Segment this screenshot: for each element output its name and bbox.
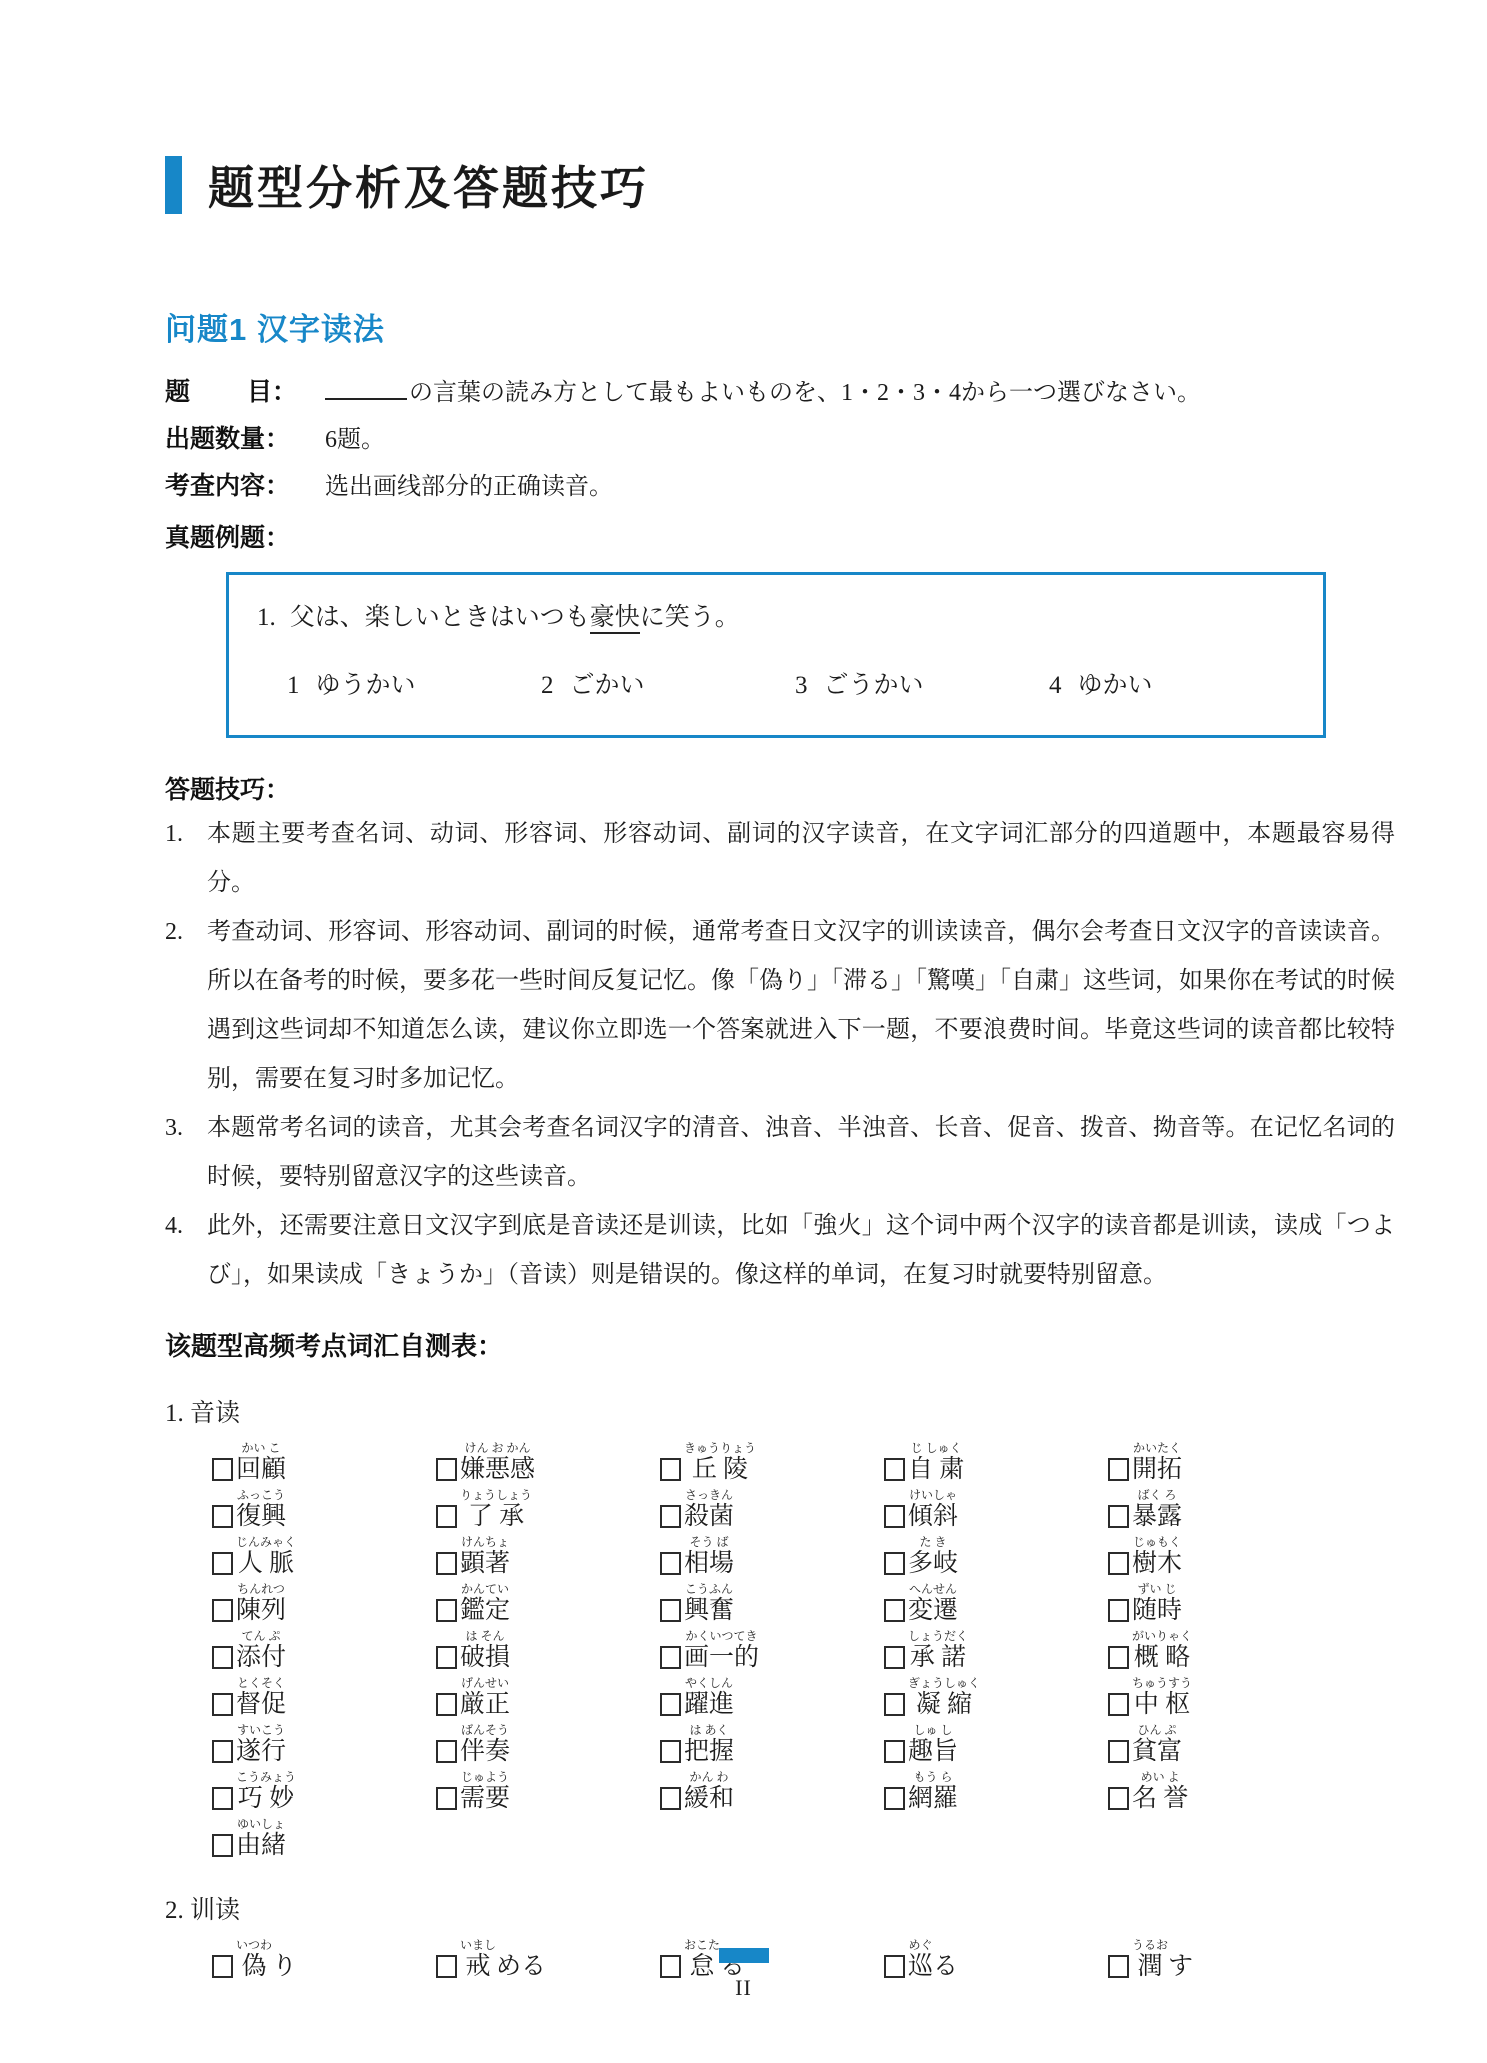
furigana-text: きゅうりょう <box>684 1442 756 1455</box>
vocab-word-item: こうみょう巧 妙 <box>212 1771 436 1813</box>
vocab-word-block: かんてい鑑定 <box>460 1583 510 1625</box>
vocab-word-item: きゅうりょう丘 陵 <box>660 1442 884 1484</box>
tip-item-text: 本题常考名词的读音，尤其会考查名词汉字的清音、浊音、半浊音、长音、促音、拨音、拗… <box>207 1104 1395 1202</box>
vocab-groups: 1. 音读かい こ回顧けん お かん嫌悪感きゅうりょう丘 陵じ しゅく自 粛かい… <box>165 1393 1395 1981</box>
tip-item-text: 考查动词、形容词、形容动词、副词的时候，通常考查日文汉字的训读读音，偶尔会考查日… <box>207 908 1395 1104</box>
furigana-text: ずい じ <box>1138 1583 1177 1596</box>
vocab-checkbox[interactable] <box>212 1646 233 1669</box>
vocab-word-block: こうふん興奮 <box>684 1583 734 1625</box>
question-instruction-text: の言葉の読み方として最もよいものを、1・2・3・4から一つ選びなさい。 <box>409 380 1201 406</box>
vocab-word-item: すいこう遂行 <box>212 1724 436 1766</box>
vocab-checkbox[interactable] <box>660 1787 681 1810</box>
vocab-word-item: とくそく督促 <box>212 1677 436 1719</box>
furigana-text: じんみゃく <box>236 1536 296 1549</box>
field-value-content: 选出画线部分的正确读音。 <box>325 470 613 504</box>
field-label-content: 考查内容： <box>165 469 325 503</box>
vocab-word-item: ばく ろ暴露 <box>1108 1489 1332 1531</box>
field-value-question: の言葉の読み方として最もよいものを、1・2・3・4から一つ選びなさい。 <box>325 376 1201 410</box>
vocab-checkbox[interactable] <box>1108 1458 1129 1481</box>
tip-item: 3.本题常考名词的读音，尤其会考查名词汉字的清音、浊音、半浊音、长音、促音、拨音… <box>165 1104 1395 1202</box>
vocab-word-item: は あく把握 <box>660 1724 884 1766</box>
vocab-checkbox[interactable] <box>660 1505 681 1528</box>
furigana-text: た き <box>920 1536 947 1549</box>
furigana-text: ちゅうすう <box>1132 1677 1192 1690</box>
vocab-word-item: ばんそう伴奏 <box>436 1724 660 1766</box>
vocab-checkbox[interactable] <box>1108 1740 1129 1763</box>
vocab-word-block: きゅうりょう丘 陵 <box>684 1442 756 1484</box>
furigana-text: げんせい <box>461 1677 509 1690</box>
field-row-question: 题 目： の言葉の読み方として最もよいものを、1・2・3・4から一つ選びなさい。 <box>165 375 1395 410</box>
vocab-word: 凝 縮 <box>916 1691 972 1719</box>
field-label-question-first: 题 <box>165 375 190 409</box>
vocab-word-item: ひん ぷ貧富 <box>1108 1724 1332 1766</box>
vocab-word: 名 誉 <box>1132 1785 1188 1813</box>
vocab-word-block: た き多岐 <box>908 1536 958 1578</box>
vocab-word-item: こうふん興奮 <box>660 1583 884 1625</box>
vocab-word: 概 略 <box>1134 1644 1190 1672</box>
vocab-word-block: じゅよう需要 <box>460 1771 510 1813</box>
vocab-word-block: ばく ろ暴露 <box>1132 1489 1182 1531</box>
vocab-checkbox[interactable] <box>660 1740 681 1763</box>
vocab-word-block: ばんそう伴奏 <box>460 1724 510 1766</box>
furigana-text: ばんそう <box>461 1724 509 1737</box>
furigana-text: じゅもく <box>1133 1536 1181 1549</box>
furigana-text: こうみょう <box>236 1771 296 1784</box>
vocab-word-item: りょうしょう了 承 <box>436 1489 660 1531</box>
vocab-checkbox[interactable] <box>884 1740 905 1763</box>
option-number: 2 <box>541 672 554 699</box>
vocab-word: 鑑定 <box>460 1597 510 1625</box>
vocab-word-item: やくしん躍進 <box>660 1677 884 1719</box>
blank-underline <box>325 376 407 400</box>
vocab-word: 網羅 <box>908 1785 958 1813</box>
option-number: 4 <box>1049 672 1062 699</box>
vocab-word-block: かいたく開拓 <box>1132 1442 1182 1484</box>
tip-item-number: 2. <box>165 908 207 1104</box>
vocab-word: 興奮 <box>684 1597 734 1625</box>
furigana-text: そう ば <box>690 1536 729 1549</box>
vocab-word-item: がいりゃく概 略 <box>1108 1630 1332 1672</box>
example-option: 1ゆうかい <box>287 665 541 701</box>
furigana-text: やくしん <box>685 1677 733 1690</box>
field-label-question: 题 目： <box>165 375 325 409</box>
vocab-checkbox[interactable] <box>1108 1599 1129 1622</box>
furigana-text: りょうしょう <box>460 1489 532 1502</box>
vocab-checkbox[interactable] <box>436 1693 457 1716</box>
vocab-word-grid: かい こ回顧けん お かん嫌悪感きゅうりょう丘 陵じ しゅく自 粛かいたく開拓ふ… <box>212 1437 1395 1860</box>
example-underlined-word: 豪快 <box>590 604 640 634</box>
vocab-table-heading: 该题型高频考点词汇自测表： <box>165 1326 1395 1363</box>
tip-item-number: 1. <box>165 810 207 908</box>
vocab-word-item: めい よ名 誉 <box>1108 1771 1332 1813</box>
furigana-text: けん お かん <box>465 1442 531 1455</box>
title-accent-bar <box>165 156 182 214</box>
furigana-text: めい よ <box>1141 1771 1180 1784</box>
vocab-word: 陳列 <box>236 1597 286 1625</box>
furigana-text: かいたく <box>1133 1442 1181 1455</box>
vocab-word-item: かい こ回顧 <box>212 1442 436 1484</box>
vocab-checkbox[interactable] <box>436 1646 457 1669</box>
vocab-word-item: ずい じ随時 <box>1108 1583 1332 1625</box>
vocab-word: 自 粛 <box>908 1456 964 1484</box>
vocab-word-item: ふっこう復興 <box>212 1489 436 1531</box>
tip-item: 1.本题主要考查名词、动词、形容词、形容动词、副词的汉字读音，在文字词汇部分的四… <box>165 810 1395 908</box>
furigana-text: へんせん <box>909 1583 957 1596</box>
section-heading: 问题1 汉字读法 <box>165 304 1395 349</box>
furigana-text: ばく ろ <box>1138 1489 1177 1502</box>
vocab-word-block: けいしゃ傾斜 <box>908 1489 958 1531</box>
vocab-checkbox[interactable] <box>660 1646 681 1669</box>
furigana-text: ちんれつ <box>237 1583 285 1596</box>
vocab-word-block: は そん破損 <box>460 1630 510 1672</box>
option-number: 1 <box>287 672 300 699</box>
example-option: 4ゆかい <box>1049 665 1303 701</box>
vocab-word-block: がいりゃく概 略 <box>1132 1630 1192 1672</box>
vocab-word-block: かん わ緩和 <box>684 1771 734 1813</box>
vocab-checkbox[interactable] <box>660 1552 681 1575</box>
vocab-checkbox[interactable] <box>660 1458 681 1481</box>
furigana-text: もう ら <box>914 1771 953 1784</box>
furigana-text: しょうだく <box>908 1630 968 1643</box>
vocab-word: 暴露 <box>1132 1503 1182 1531</box>
vocab-word: 嫌悪感 <box>460 1456 535 1484</box>
vocab-checkbox[interactable] <box>884 1693 905 1716</box>
vocab-word-item: ちんれつ陳列 <box>212 1583 436 1625</box>
option-text: ごうかい <box>824 672 924 699</box>
vocab-word: 顕著 <box>460 1550 510 1578</box>
vocab-checkbox[interactable] <box>212 1693 233 1716</box>
vocab-word-block: しゅ し趣旨 <box>908 1724 958 1766</box>
vocab-word: 伴奏 <box>460 1738 510 1766</box>
vocab-word-item: さっきん殺菌 <box>660 1489 884 1531</box>
vocab-checkbox[interactable] <box>884 1787 905 1810</box>
vocab-word-item: しゅ し趣旨 <box>884 1724 1108 1766</box>
tip-item: 4.此外，还需要注意日文汉字到底是音读还是训读，比如「強火」这个词中两个汉字的读… <box>165 1202 1395 1300</box>
vocab-word: 厳正 <box>460 1691 510 1719</box>
vocab-word-block: けんちょ顕著 <box>460 1536 510 1578</box>
furigana-text: かん わ <box>690 1771 729 1784</box>
vocab-checkbox[interactable] <box>1108 1787 1129 1810</box>
furigana-text: ぎょうしゅく <box>908 1677 980 1690</box>
vocab-checkbox[interactable] <box>1108 1693 1129 1716</box>
vocab-word-item: しょうだく承 諾 <box>884 1630 1108 1672</box>
page-number: II <box>0 1975 1487 2001</box>
field-row-content: 考查内容： 选出画线部分的正确读音。 <box>165 469 1395 504</box>
vocab-word-block: すいこう遂行 <box>236 1724 286 1766</box>
vocab-word-block: かくいつてき画一的 <box>684 1630 759 1672</box>
vocab-word: 人 脈 <box>238 1550 294 1578</box>
tip-item-text: 此外，还需要注意日文汉字到底是音读还是训读，比如「強火」这个词中两个汉字的读音都… <box>207 1202 1395 1300</box>
vocab-word: 由緒 <box>236 1832 286 1860</box>
vocab-word-block: ふっこう復興 <box>236 1489 286 1531</box>
vocab-word: 承 諾 <box>910 1644 966 1672</box>
vocab-word-block: そう ば相場 <box>684 1536 734 1578</box>
furigana-text: すいこう <box>237 1724 285 1737</box>
vocab-checkbox[interactable] <box>1108 1552 1129 1575</box>
vocab-group-label: 2. 训读 <box>165 1890 1395 1926</box>
vocab-word: 多岐 <box>908 1550 958 1578</box>
vocab-word-block: りょうしょう了 承 <box>460 1489 532 1531</box>
vocab-word: 督促 <box>236 1691 286 1719</box>
vocab-word: 開拓 <box>1132 1456 1182 1484</box>
vocab-word: 把握 <box>684 1738 734 1766</box>
vocab-word: 復興 <box>236 1503 286 1531</box>
vocab-word: 丘 陵 <box>692 1456 748 1484</box>
vocab-word-block: ひん ぷ貧富 <box>1132 1724 1182 1766</box>
vocab-group-label: 1. 音读 <box>165 1393 1395 1429</box>
vocab-word-item: じゅよう需要 <box>436 1771 660 1813</box>
tip-item-text: 本题主要考查名词、动词、形容词、形容动词、副词的汉字读音，在文字词汇部分的四道题… <box>207 810 1395 908</box>
furigana-text: じ しゅく <box>911 1442 962 1455</box>
vocab-word-block: げんせい厳正 <box>460 1677 510 1719</box>
option-number: 3 <box>795 672 808 699</box>
furigana-text: こうふん <box>685 1583 733 1596</box>
footer-accent-bar <box>719 1948 769 1963</box>
furigana-text: かんてい <box>461 1583 509 1596</box>
vocab-word-item: げんせい厳正 <box>436 1677 660 1719</box>
vocab-word-item: は そん破損 <box>436 1630 660 1672</box>
vocab-word-item: けいしゃ傾斜 <box>884 1489 1108 1531</box>
vocab-checkbox[interactable] <box>884 1552 905 1575</box>
vocab-word-block: けん お かん嫌悪感 <box>460 1442 535 1484</box>
vocab-word-item: ゆいしょ由緒 <box>212 1818 436 1860</box>
example-question-box: 1.父は、楽しいときはいつも豪快に笑う。 1ゆうかい2ごかい3ごうかい4ゆかい <box>226 572 1326 738</box>
vocab-checkbox[interactable] <box>884 1505 905 1528</box>
field-label-question-last: 目： <box>247 375 297 409</box>
vocab-word: 中 枢 <box>1134 1691 1190 1719</box>
furigana-text: けいしゃ <box>909 1489 957 1502</box>
vocab-word: 了 承 <box>468 1503 524 1531</box>
vocab-word-block: てん ぷ添付 <box>236 1630 286 1672</box>
furigana-text: さっきん <box>685 1489 733 1502</box>
vocab-checkbox[interactable] <box>436 1505 457 1528</box>
example-options-row: 1ゆうかい2ごかい3ごうかい4ゆかい <box>257 665 1303 701</box>
furigana-text: ひん ぷ <box>1138 1724 1177 1737</box>
vocab-word-item: かんてい鑑定 <box>436 1583 660 1625</box>
vocab-word: 樹木 <box>1132 1550 1182 1578</box>
vocab-checkbox[interactable] <box>436 1787 457 1810</box>
vocab-checkbox[interactable] <box>212 1834 233 1857</box>
vocab-checkbox[interactable] <box>884 1599 905 1622</box>
furigana-text: けんちょ <box>461 1536 509 1549</box>
vocab-word-item: じゅもく樹木 <box>1108 1536 1332 1578</box>
vocab-word-item: そう ば相場 <box>660 1536 884 1578</box>
field-row-quantity: 出题数量： 6题。 <box>165 422 1395 457</box>
vocab-checkbox[interactable] <box>1108 1646 1129 1669</box>
page-footer: II <box>0 1948 1487 2001</box>
tip-item-number: 3. <box>165 1104 207 1202</box>
vocab-word-block: ずい じ随時 <box>1132 1583 1182 1625</box>
example-sentence-before: 父は、楽しいときはいつも <box>290 604 590 631</box>
vocab-word-item: た き多岐 <box>884 1536 1108 1578</box>
vocab-word-block: ちんれつ陳列 <box>236 1583 286 1625</box>
vocab-word-block: かい こ回顧 <box>236 1442 286 1484</box>
vocab-word: 添付 <box>236 1644 286 1672</box>
vocab-word-block: ちゅうすう中 枢 <box>1132 1677 1192 1719</box>
furigana-text: とくそく <box>237 1677 285 1690</box>
vocab-word-item: かくいつてき画一的 <box>660 1630 884 1672</box>
vocab-word-item: けんちょ顕著 <box>436 1536 660 1578</box>
vocab-word: 遂行 <box>236 1738 286 1766</box>
vocab-word-item: じ しゅく自 粛 <box>884 1442 1108 1484</box>
page-title: 题型分析及答题技巧 <box>208 152 649 218</box>
vocab-word: 緩和 <box>684 1785 734 1813</box>
option-text: ゆかい <box>1078 672 1153 699</box>
furigana-text: は そん <box>466 1630 505 1643</box>
option-text: ごかい <box>570 672 645 699</box>
vocab-word: 傾斜 <box>908 1503 958 1531</box>
vocab-checkbox[interactable] <box>212 1787 233 1810</box>
example-option: 2ごかい <box>541 665 795 701</box>
field-label-question-spread: 题 目： <box>165 375 297 409</box>
vocab-checkbox[interactable] <box>884 1646 905 1669</box>
vocab-checkbox[interactable] <box>1108 1505 1129 1528</box>
vocab-word: 破損 <box>460 1644 510 1672</box>
vocab-word: 相場 <box>684 1550 734 1578</box>
furigana-text: は あく <box>690 1724 729 1737</box>
vocab-checkbox[interactable] <box>212 1458 233 1481</box>
vocab-word-block: めい よ名 誉 <box>1132 1771 1188 1813</box>
vocab-checkbox[interactable] <box>212 1505 233 1528</box>
furigana-text: てん ぷ <box>242 1630 281 1643</box>
furigana-text: じゅよう <box>461 1771 509 1784</box>
furigana-text: がいりゃく <box>1132 1630 1192 1643</box>
vocab-word: 趣旨 <box>908 1738 958 1766</box>
chapter-title-block: 题型分析及答题技巧 <box>165 0 1395 218</box>
vocab-word-block: さっきん殺菌 <box>684 1489 734 1531</box>
field-value-quantity: 6题。 <box>325 423 385 457</box>
vocab-checkbox[interactable] <box>212 1740 233 1763</box>
vocab-word-item: かいたく開拓 <box>1108 1442 1332 1484</box>
vocab-word-item: かん わ緩和 <box>660 1771 884 1813</box>
example-sentence: 1.父は、楽しいときはいつも豪快に笑う。 <box>257 603 1303 633</box>
vocab-word-item: ぎょうしゅく凝 縮 <box>884 1677 1108 1719</box>
vocab-word: 巧 妙 <box>238 1785 294 1813</box>
option-text: ゆうかい <box>316 672 416 699</box>
vocab-checkbox[interactable] <box>436 1740 457 1763</box>
vocab-checkbox[interactable] <box>436 1599 457 1622</box>
vocab-word: 回顧 <box>236 1456 286 1484</box>
vocab-word-block: ぎょうしゅく凝 縮 <box>908 1677 980 1719</box>
vocab-word: 躍進 <box>684 1691 734 1719</box>
vocab-checkbox[interactable] <box>212 1552 233 1575</box>
vocab-word-block: じゅもく樹木 <box>1132 1536 1182 1578</box>
vocab-checkbox[interactable] <box>660 1599 681 1622</box>
tip-item: 2.考查动词、形容词、形容动词、副词的时候，通常考查日文汉字的训读读音，偶尔会考… <box>165 908 1395 1104</box>
vocab-word: 変遷 <box>908 1597 958 1625</box>
vocab-word: 画一的 <box>684 1644 759 1672</box>
furigana-text: かくいつてき <box>686 1630 758 1643</box>
vocab-word: 殺菌 <box>684 1503 734 1531</box>
vocab-word-block: じ しゅく自 粛 <box>908 1442 964 1484</box>
vocab-checkbox[interactable] <box>436 1552 457 1575</box>
vocab-word-block: へんせん変遷 <box>908 1583 958 1625</box>
vocab-word-block: とくそく督促 <box>236 1677 286 1719</box>
vocab-checkbox[interactable] <box>660 1693 681 1716</box>
vocab-word-item: てん ぷ添付 <box>212 1630 436 1672</box>
field-label-quantity: 出题数量： <box>165 422 325 456</box>
document-page: 题型分析及答题技巧 问题1 汉字读法 题 目： の言葉の読み方として最もよいもの… <box>0 0 1487 2063</box>
vocab-word: 随時 <box>1132 1597 1182 1625</box>
vocab-word-block: じんみゃく人 脈 <box>236 1536 296 1578</box>
tips-section-label: 答题技巧： <box>165 770 1395 806</box>
vocab-word: 貧富 <box>1132 1738 1182 1766</box>
vocab-word-item: じんみゃく人 脈 <box>212 1536 436 1578</box>
example-option: 3ごうかい <box>795 665 1049 701</box>
vocab-word-item: ちゅうすう中 枢 <box>1108 1677 1332 1719</box>
furigana-text: ふっこう <box>237 1489 285 1502</box>
furigana-text: しゅ し <box>914 1724 953 1737</box>
furigana-text: ゆいしょ <box>237 1818 285 1831</box>
furigana-text: かい こ <box>242 1442 281 1455</box>
example-sentence-after: に笑う。 <box>640 604 740 631</box>
vocab-checkbox[interactable] <box>884 1458 905 1481</box>
vocab-word-block: やくしん躍進 <box>684 1677 734 1719</box>
vocab-word-block: しょうだく承 諾 <box>908 1630 968 1672</box>
question-info-fields: 题 目： の言葉の読み方として最もよいものを、1・2・3・4から一つ選びなさい。… <box>165 375 1395 554</box>
vocab-word-item: もう ら網羅 <box>884 1771 1108 1813</box>
tips-list: 1.本题主要考查名词、动词、形容词、形容动词、副词的汉字读音，在文字词汇部分的四… <box>165 810 1395 1300</box>
vocab-word-item: へんせん変遷 <box>884 1583 1108 1625</box>
tip-item-number: 4. <box>165 1202 207 1300</box>
example-section-label: 真题例题： <box>165 518 1395 554</box>
example-question-number: 1. <box>257 604 276 631</box>
vocab-word-block: こうみょう巧 妙 <box>236 1771 296 1813</box>
vocab-word-block: は あく把握 <box>684 1724 734 1766</box>
vocab-word: 需要 <box>460 1785 510 1813</box>
vocab-word-item: けん お かん嫌悪感 <box>436 1442 660 1484</box>
vocab-word-block: ゆいしょ由緒 <box>236 1818 286 1860</box>
vocab-checkbox[interactable] <box>212 1599 233 1622</box>
vocab-word-block: もう ら網羅 <box>908 1771 958 1813</box>
vocab-checkbox[interactable] <box>436 1458 457 1481</box>
